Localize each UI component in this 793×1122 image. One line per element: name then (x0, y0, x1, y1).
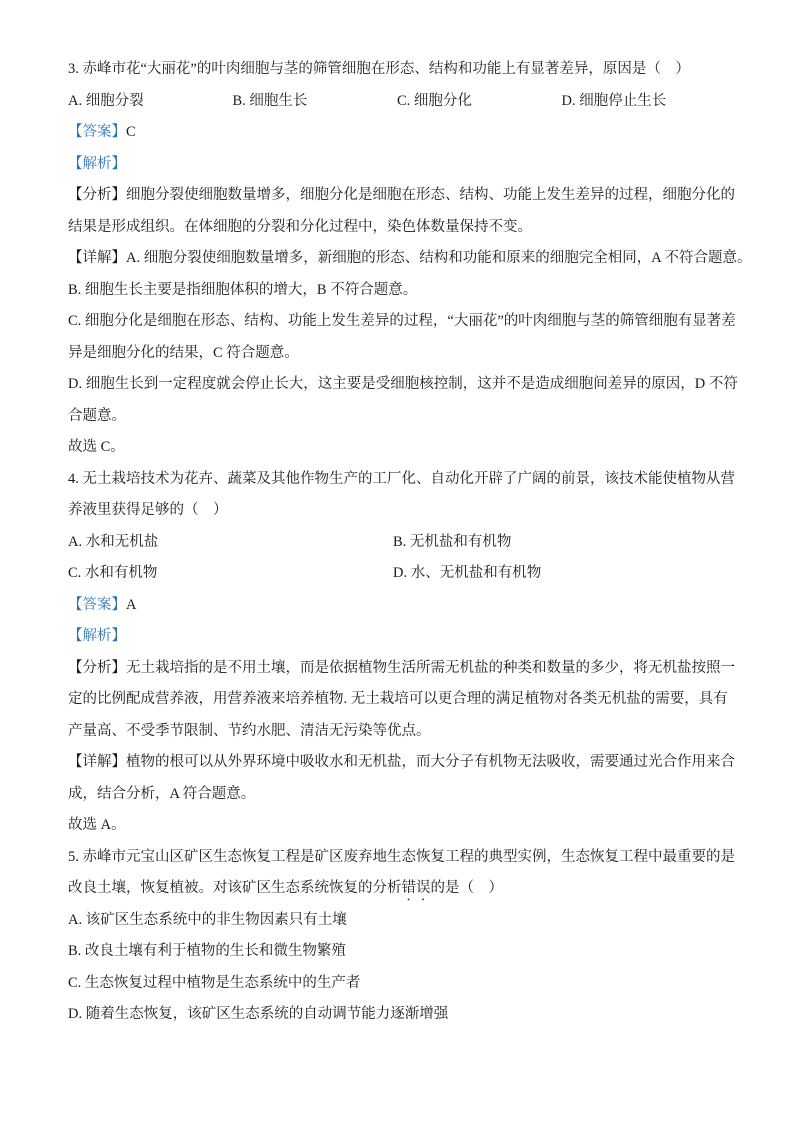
question-4-options-row-2: C. 水和有机物 D. 水、无机盐和有机物 (68, 558, 733, 590)
question-5-option-b: B. 改良土壤有利于植物的生长和微生物繁殖 (68, 936, 733, 968)
question-5-stem-pre: 改良土壤，恢复植被。对该矿区生态系统恢复的分析 (68, 880, 402, 896)
question-3-option-b: B. 细胞生长 (233, 86, 398, 118)
question-4-option-c: C. 水和有机物 (68, 558, 393, 590)
question-4-answer-line: 【答案】A (68, 590, 733, 622)
question-3-explanation-line: C. 细胞分化是细胞在形态、结构、功能上发生差异的过程，“大丽花”的叶肉细胞与茎… (68, 306, 733, 338)
question-4-stem-line: 养液里获得足够的（ ） (68, 495, 733, 527)
question-3-answer-line: 【答案】C (68, 117, 733, 149)
question-4-explain-label: 【解析】 (68, 621, 733, 653)
question-4-option-d: D. 水、无机盐和有机物 (393, 558, 718, 590)
question-4-explanation-line: 成，结合分析，A 符合题意。 (68, 779, 733, 811)
question-4-answer-value: A (126, 597, 136, 613)
question-3-explanation-line: 结果是形成组织。在体细胞的分裂和分化过程中，染色体数量保持不变。 (68, 212, 733, 244)
answer-label: 【答案】 (68, 597, 126, 613)
answer-label: 【答案】 (68, 124, 126, 140)
question-3-option-a: A. 细胞分裂 (68, 86, 233, 118)
question-4-explanation-line: 【分析】无土栽培指的是不用土壤，而是依据植物生活所需无机盐的种类和数量的多少，将… (68, 653, 733, 685)
question-5-option-c: C. 生态恢复过程中植物是生态系统中的生产者 (68, 968, 733, 1000)
question-4-explanation-line: 【详解】植物的根可以从外界环境中吸收水和无机盐，而大分子有机物无法吸收，需要通过… (68, 747, 733, 779)
question-4-option-b: B. 无机盐和有机物 (393, 527, 718, 559)
question-5-stem-line: 改良土壤，恢复植被。对该矿区生态系统恢复的分析错误的是（ ） (68, 873, 733, 905)
question-5-stem-post: 的是（ ） (431, 880, 504, 896)
question-4-stem-line: 4. 无土栽培技术为花卉、蔬菜及其他作物生产的工厂化、自动化开辟了广阔的前景，该… (68, 464, 733, 496)
question-3-stem: 3. 赤峰市花“大丽花”的叶肉细胞与茎的筛管细胞在形态、结构和功能上有显著差异，… (68, 54, 733, 86)
question-3-explanation-line: 异是细胞分化的结果，C 符合题意。 (68, 338, 733, 370)
question-3-options-row: A. 细胞分裂 B. 细胞生长 C. 细胞分化 D. 细胞停止生长 (68, 86, 733, 118)
question-3-explanation-line: D. 细胞生长到一定程度就会停止长大，这主要是受细胞核控制，这并不是造成细胞间差… (68, 369, 733, 401)
question-5-option-d: D. 随着生态恢复，该矿区生态系统的自动调节能力逐渐增强 (68, 999, 733, 1031)
question-4-option-a: A. 水和无机盐 (68, 527, 393, 559)
question-4-options-row-1: A. 水和无机盐 B. 无机盐和有机物 (68, 527, 733, 559)
question-3-explanation-line: 合题意。 (68, 401, 733, 433)
explain-label: 【解析】 (68, 156, 126, 172)
question-3-explanation-line: 【详解】A. 细胞分裂使细胞数量增多，新细胞的形态、结构和功能和原来的细胞完全相… (68, 243, 733, 275)
question-4-explanation-line: 产量高、不受季节限制、节约水肥、清洁无污染等优点。 (68, 716, 733, 748)
question-5-stem-emphasized-word: 错误 (402, 880, 431, 896)
explain-label: 【解析】 (68, 628, 126, 644)
question-4-conclusion: 故选 A。 (68, 810, 733, 842)
question-3-option-d: D. 细胞停止生长 (562, 86, 727, 118)
question-3-explanation-line: B. 细胞生长主要是指细胞体积的增大，B 不符合题意。 (68, 275, 733, 307)
question-3-answer-value: C (126, 124, 136, 140)
question-3-option-c: C. 细胞分化 (397, 86, 562, 118)
question-5-option-a: A. 该矿区生态系统中的非生物因素只有土壤 (68, 905, 733, 937)
question-3-explain-label: 【解析】 (68, 149, 733, 181)
question-5-stem-line: 5. 赤峰市元宝山区矿区生态恢复工程是矿区废弃地生态恢复工程的典型实例，生态恢复… (68, 842, 733, 874)
question-4-explanation-line: 定的比例配成营养液，用营养液来培养植物. 无土栽培可以更合理的满足植物对各类无机… (68, 684, 733, 716)
question-3-conclusion: 故选 C。 (68, 432, 733, 464)
question-3-explanation-line: 【分析】细胞分裂使细胞数量增多，细胞分化是细胞在形态、结构、功能上发生差异的过程… (68, 180, 733, 212)
document-page: 3. 赤峰市花“大丽花”的叶肉细胞与茎的筛管细胞在形态、结构和功能上有显著差异，… (0, 0, 793, 1122)
